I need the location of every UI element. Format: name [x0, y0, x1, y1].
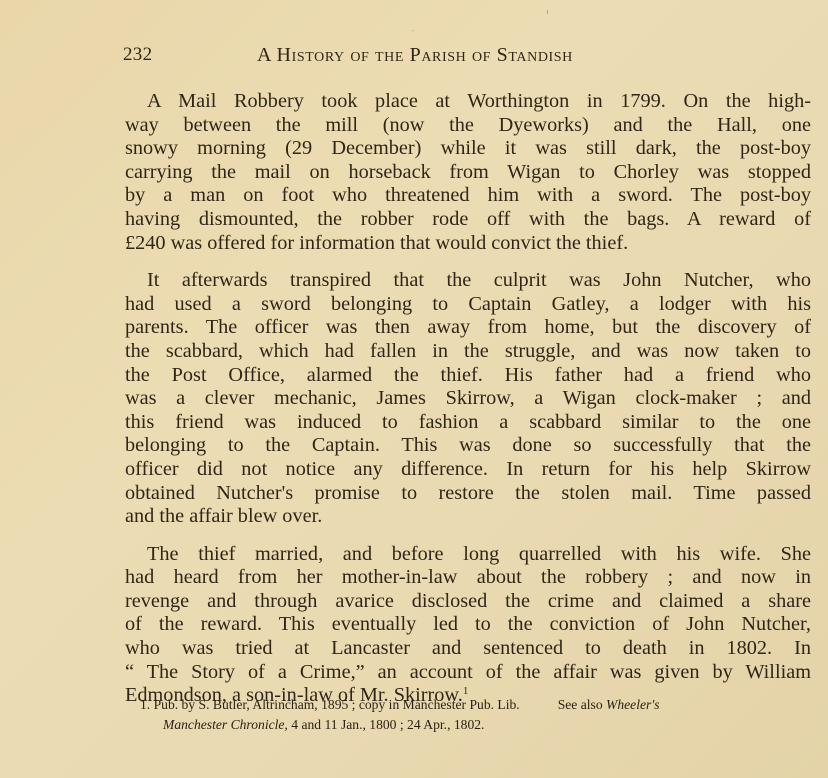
- text-line: snowy morning (29 December) while it was…: [125, 137, 811, 161]
- paragraph-culprit: It afterwards transpired that the culpri…: [125, 269, 811, 529]
- text-line: and the affair blew over.: [125, 505, 811, 529]
- text-line: officer did not notice any difference. I…: [125, 458, 811, 482]
- text-line: had heard from her mother-in-law about t…: [125, 566, 811, 590]
- text-line: who was tried at Lancaster and sentenced…: [125, 637, 811, 661]
- text-line: of the reward. This eventually led to th…: [125, 613, 811, 637]
- text-line: £240 was offered for information that wo…: [125, 232, 811, 256]
- body-text: A Mail Robbery took place at Worthington…: [125, 90, 811, 708]
- paper-speck: [547, 10, 548, 14]
- text-line: carrying the mail on horseback from Wiga…: [125, 161, 811, 185]
- text-line: belonging to the Captain. This was done …: [125, 434, 811, 458]
- footnote: 1. Pub. by S. Butler, Altrincham, 1895 ;…: [140, 695, 800, 735]
- text-line: revenge and through avarice disclosed th…: [125, 590, 811, 614]
- text-line: this friend was induced to fashion a sca…: [125, 411, 811, 435]
- text-line: having dismounted, the robber rode off w…: [125, 208, 811, 232]
- footnote-number: 1.: [140, 697, 150, 712]
- running-title: A History of the Parish of Standish: [257, 44, 573, 67]
- text-line: by a man on foot who threatened him with…: [125, 184, 811, 208]
- text-line: had used a sword belonging to Captain Ga…: [125, 293, 811, 317]
- footnote-dates: 4 and 11 Jan., 1800 ; 24 Apr., 1802.: [291, 717, 484, 732]
- footnote-line: 1. Pub. by S. Butler, Altrincham, 1895 ;…: [140, 695, 800, 715]
- text-line: way between the mill (now the Dyeworks) …: [125, 114, 811, 138]
- footnote-publication-title: Manchester Chronicle,: [163, 717, 288, 732]
- paragraph-mail-robbery: A Mail Robbery took place at Worthington…: [125, 90, 811, 255]
- book-page: 232 A History of the Parish of Standish …: [0, 0, 828, 778]
- footnote-line: Manchester Chronicle, 4 and 11 Jan., 180…: [140, 715, 800, 735]
- paragraph-conviction: The thief married, and before long quarr…: [125, 543, 811, 708]
- text-line: “ The Story of a Crime,” an account of t…: [125, 661, 811, 685]
- text-line: parents. The officer was then away from …: [125, 316, 811, 340]
- text-line: the Post Office, alarmed the thief. His …: [125, 364, 811, 388]
- page-number: 232: [123, 44, 152, 66]
- text-line: was a clever mechanic, James Skirrow, a …: [125, 387, 811, 411]
- footnote-see-also: See also: [558, 697, 603, 712]
- footnote-publication-title: Wheeler's: [606, 697, 660, 712]
- footnote-text: Pub. by S. Butler, Altrincham, 1895 ; co…: [154, 697, 520, 712]
- text-line: the scabbard, which had fallen in the st…: [125, 340, 811, 364]
- paper-speck: [412, 30, 414, 31]
- text-line: obtained Nutcher's promise to restore th…: [125, 482, 811, 506]
- text-line: The thief married, and before long quarr…: [125, 543, 811, 567]
- text-line: A Mail Robbery took place at Worthington…: [125, 90, 811, 114]
- page-header: 232 A History of the Parish of Standish: [123, 44, 723, 72]
- text-line: It afterwards transpired that the culpri…: [125, 269, 811, 293]
